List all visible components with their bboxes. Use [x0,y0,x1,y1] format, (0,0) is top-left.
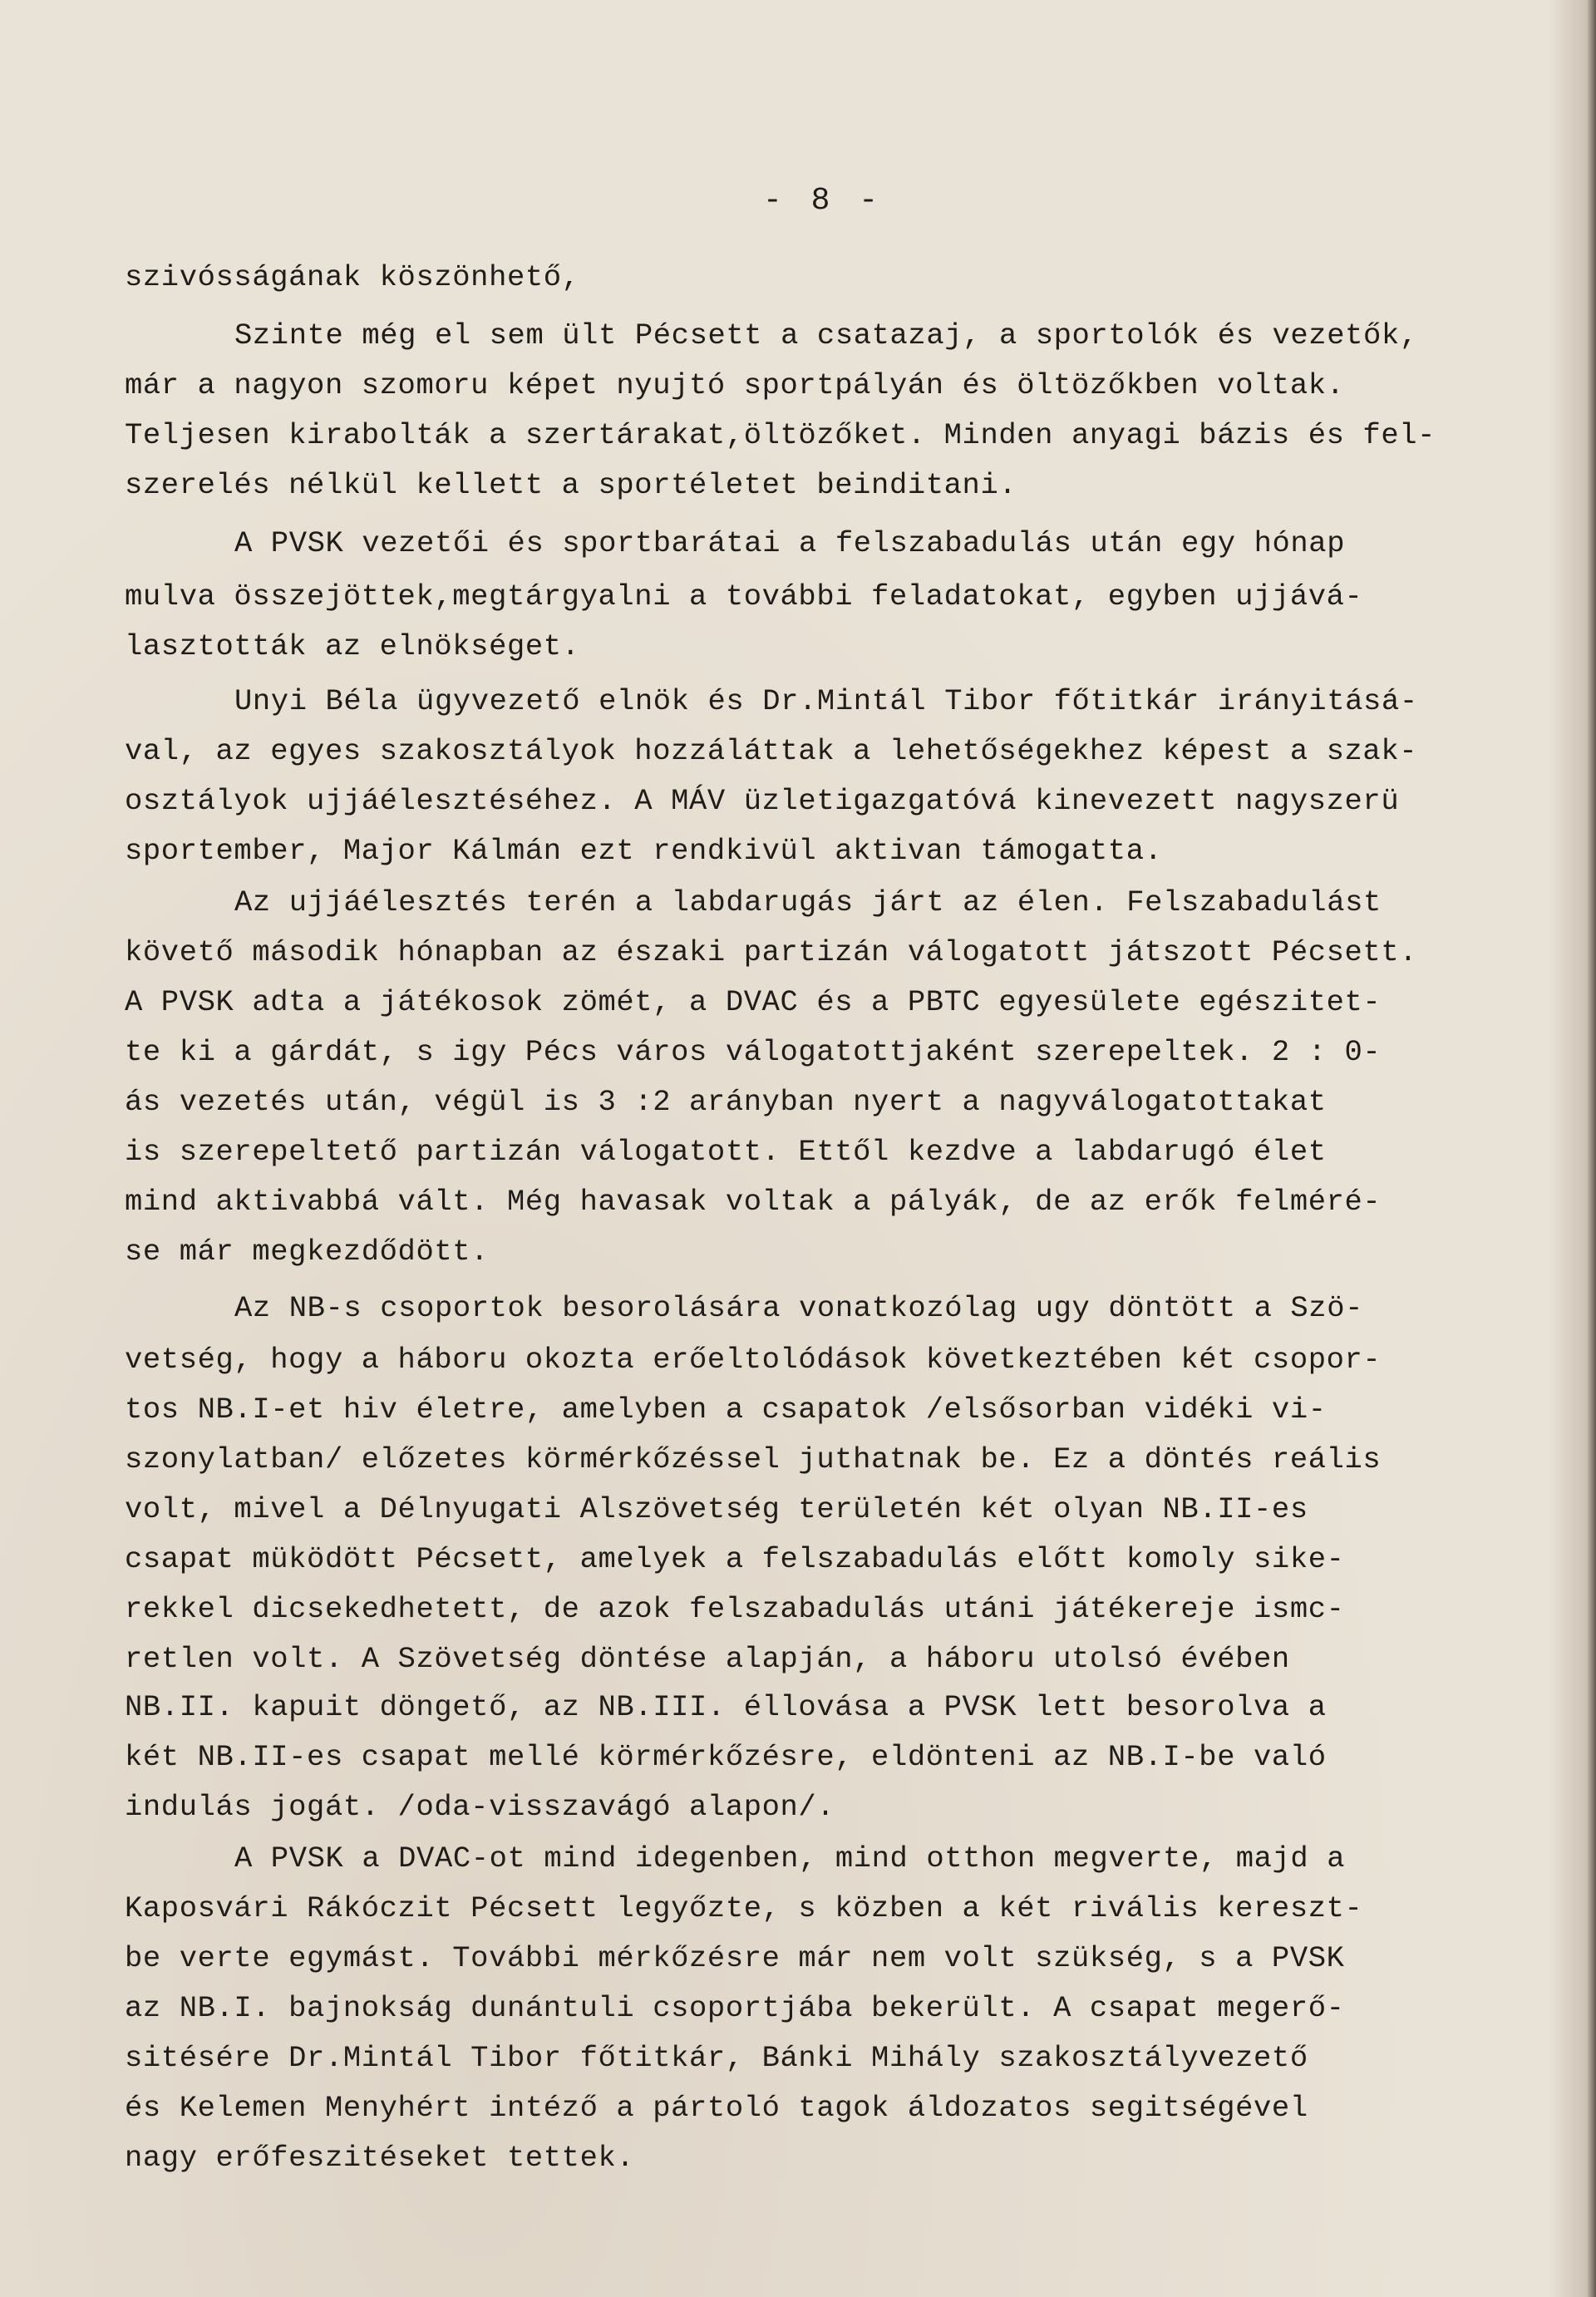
text-line: mind aktivabbá vált. Még havasak voltak … [125,1187,1381,1217]
text-line: volt, mivel a Délnyugati Alszövetség ter… [125,1495,1308,1525]
text-line: NB.II. kapuit döngető, az NB.III. éllová… [125,1693,1327,1723]
text-line: be verte egymást. További mérkőzésre már… [125,1944,1345,1974]
text-line: tos NB.I-et hiv életre, amelyben a csapa… [125,1395,1327,1425]
text-line: Az NB-s csoportok besorolására vonatkozó… [234,1294,1363,1323]
text-line: már a nagyon szomoru képet nyujtó sportp… [125,371,1345,401]
text-line: A PVSK vezetői és sportbarátai a felszab… [234,529,1345,559]
text-line: sportember, Major Kálmán ezt rendkivül a… [125,836,1163,866]
text-line: se már megkezdődött. [125,1237,489,1267]
text-line: Unyi Béla ügyvezető elnök és Dr.Mintál T… [234,687,1418,717]
text-line: ás vezetés után, végül is 3 :2 arányban … [125,1087,1327,1117]
text-line: te ki a gárdát, s igy Pécs város válogat… [125,1038,1381,1067]
text-line: is szerepeltető partizán válogatott. Ett… [125,1137,1327,1167]
text-line: mulva összejöttek,megtárgyalni a további… [125,582,1362,612]
text-line: Az ujjáélesztés terén a labdarugás járt … [234,888,1382,918]
text-line: lasztották az elnökséget. [125,632,580,662]
text-line: szerelés nélkül kellett a sportéletet be… [125,471,1017,500]
text-line: indulás jogát. /oda-visszavágó alapon/. [125,1792,835,1822]
text-line: követő második hónapban az északi partiz… [125,938,1417,968]
text-line: az NB.I. bajnokság dunántuli csoportjába… [125,1994,1345,2023]
page-number: - 8 - [0,183,1596,219]
text-line: csapat müködött Pécsett, amelyek a felsz… [125,1545,1345,1575]
text-line: osztályok ujjáélesztéséhez. A MÁV üzleti… [125,786,1399,816]
text-line: két NB.II-es csapat mellé körmérkőzésre,… [125,1742,1327,1772]
text-line: Kaposvári Rákóczit Pécsett legyőzte, s k… [125,1894,1362,1924]
text-line: A PVSK a DVAC-ot mind idegenben, mind ot… [234,1844,1345,1874]
text-line: és Kelemen Menyhért intéző a pártoló tag… [125,2093,1308,2123]
text-line: val, az egyes szakosztályok hozzáláttak … [125,737,1417,766]
text-line: A PVSK adta a játékosok zömét, a DVAC és… [125,988,1381,1018]
text-line: vetség, hogy a háboru okozta erőeltolódá… [125,1345,1381,1375]
text-line: nagy erőfeszitéseket tettek. [125,2143,634,2173]
text-line: Teljesen kirabolták a szertárakat,öltöző… [125,421,1436,451]
scanned-page: - 8 - szivósságának köszönhető,Szinte mé… [0,0,1596,2297]
text-line: Szinte még el sem ült Pécsett a csatazaj… [234,321,1418,351]
text-line: szivósságának köszönhető, [125,263,580,293]
text-line: retlen volt. A Szövetség döntése alapján… [125,1644,1290,1674]
text-line: rekkel dicsekedhetett, de azok felszabad… [125,1595,1345,1624]
text-line: sitésére Dr.Mintál Tibor főtitkár, Bánki… [125,2043,1308,2073]
text-line: szonylatban/ előzetes körmérkőzéssel jut… [125,1445,1381,1475]
